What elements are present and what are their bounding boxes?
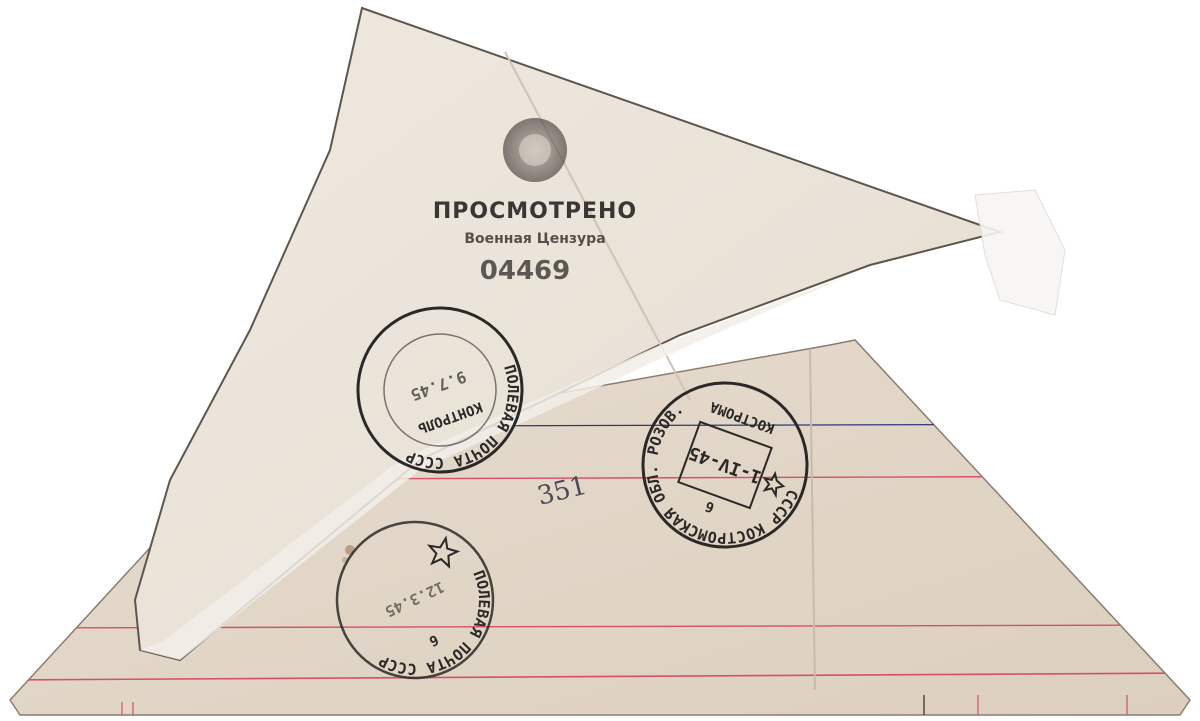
letter-scan: 351 ПРОСМОТРЕНО Военная Цензура 04469 ПО…: [0, 0, 1200, 721]
soviet-coat-of-arms-icon: [503, 118, 567, 182]
censor-number: 04469: [480, 256, 570, 286]
censor-line1: ПРОСМОТРЕНО: [433, 199, 637, 224]
censor-line2: Военная Цензура: [464, 231, 605, 247]
tape-piece: [975, 190, 1065, 315]
